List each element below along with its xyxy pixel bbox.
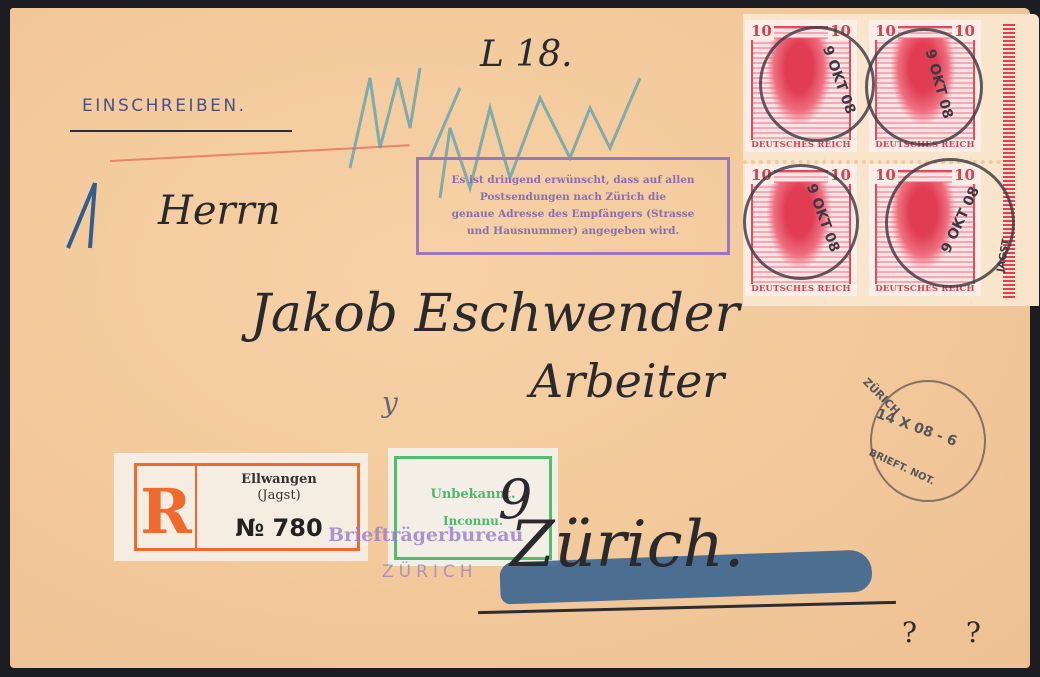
address-name: Jakob Eschwender — [250, 284, 739, 344]
zurich-arrival-postmark: ZÜRICH 14 X 08 - 6 BRIEFT. NOT. — [860, 376, 990, 506]
einschreiben-marking: EINSCHREIBEN. — [82, 96, 247, 116]
cachet-line: Postsendungen nach Zürich die — [419, 189, 727, 206]
pencil-mark-y: y — [382, 386, 398, 419]
cachet-line: genaue Adresse des Empfängers (Strasse — [419, 206, 727, 223]
address-occupation: Arbeiter — [530, 354, 724, 408]
ellwangen-postmark — [759, 26, 875, 142]
zurich-violet-cachet: ZÜRICH — [382, 562, 478, 582]
instruction-cachet: Es ist dringend erwünscht, dass auf alle… — [416, 157, 730, 255]
cachet-line: Es ist dringend erwünscht, dass auf alle… — [419, 172, 727, 189]
registration-place: Ellwangen (Jagst) — [201, 472, 357, 504]
brieftraegerbureau-cachet: Briefträgerbureau — [328, 524, 523, 546]
question-marks: ? ? — [902, 616, 1001, 649]
address-city: Zürich. — [510, 508, 744, 582]
blue-pencil-mark-1 — [60, 178, 100, 258]
envelope: EINSCHREIBEN. L 18. Es ist dringend erwü… — [10, 8, 1030, 668]
cachet-line: und Hausnummer) angegeben wird. — [419, 223, 727, 240]
address-salutation: Herrn — [158, 188, 281, 234]
stamp-block: 1010 DEUTSCHES REICH 1010 DEUTSCHES REIC… — [743, 14, 1039, 306]
ellwangen-postmark — [865, 28, 983, 146]
ellwangen-postmark — [743, 164, 859, 280]
registration-letter: R — [137, 466, 197, 548]
einschreiben-underline — [70, 130, 292, 132]
